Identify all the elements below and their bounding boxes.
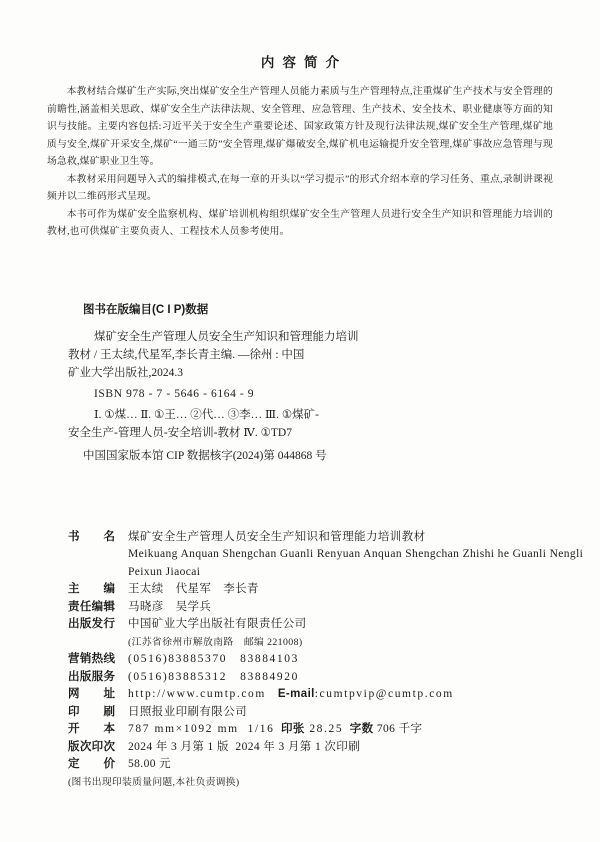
info-row-managing-editors: 责任编辑马晓彦 吴学兵 [68, 599, 560, 617]
info-value: 787 mm×1092 mm 1/16 印张 28.25 字数 706 千字 [128, 721, 560, 739]
quality-note: (图书出现印装质量问题,本社负责调换) [68, 774, 560, 792]
info-value-line: 58.00 元 [128, 756, 560, 774]
cip-description-line: 教材 / 王太续,代星军,李长青主编. —徐州 : 中国 [68, 346, 560, 364]
info-label: 出版发行 [68, 616, 115, 634]
intro-section: 本教材结合煤矿生产实际,突出煤矿安全生产管理人员能力素质与生产管理特点,注重煤矿… [47, 83, 553, 241]
isbn-number: ISBN 978 - 7 - 5646 - 6164 - 9 [94, 385, 560, 403]
info-row-edition: 版次印次2024 年 3 月第 1 版 2024 年 3 月第 1 次印刷 [68, 739, 560, 757]
cip-record-number: 中国国家版本馆 CIP 数据核字(2024)第 044868 号 [83, 447, 560, 465]
intro-paragraph-3: 本书可作为煤矿安全监察机构、煤矿培训机构组织煤矿安全生产管理人员进行安全生产知识… [47, 206, 553, 241]
info-label: 出版服务 [68, 669, 115, 687]
info-value-line: 中国矿业大学出版社有限责任公司 [128, 616, 560, 634]
info-label: 书名 [68, 529, 115, 547]
info-value-line: 王太续 代星军 李长青 [128, 581, 560, 599]
info-value: 中国矿业大学出版社有限责任公司(江苏省徐州市解放南路 邮编 221008) [128, 616, 560, 651]
info-label: 网址 [68, 686, 115, 704]
info-value-line: http://www.cumtp.com E-mail:cumtpvip@cum… [128, 686, 560, 704]
info-row-printer: 印刷日照报业印刷有限公司 [68, 704, 560, 722]
info-label: 主编 [68, 581, 115, 599]
info-row-publisher: 出版发行中国矿业大学出版社有限责任公司(江苏省徐州市解放南路 邮编 221008… [68, 616, 560, 651]
cip-classification-line: 安全生产-管理人员-安全培训-教材 Ⅳ. ①TD7 [68, 424, 560, 442]
info-value-line: 787 mm×1092 mm 1/16 印张 28.25 字数 706 千字 [128, 721, 560, 739]
info-row-format: 开本787 mm×1092 mm 1/16 印张 28.25 字数 706 千字 [68, 721, 560, 739]
info-value-line: (江苏省徐州市解放南路 邮编 221008) [128, 634, 560, 652]
cip-description-line: 矿业大学出版社,2024.3 [68, 364, 560, 382]
cip-section: 图书在版编目(C I P)数据 煤矿安全生产管理人员安全生产知识和管理能力培训 … [68, 302, 560, 465]
info-value: (0516)83885370 83884103 [128, 651, 560, 669]
info-value-line: 马晓彦 吴学兵 [128, 599, 560, 617]
info-row-book-title: 书名煤矿安全生产管理人员安全生产知识和管理能力培训教材Meikuang Anqu… [68, 529, 560, 582]
info-label: 营销热线 [68, 651, 115, 669]
info-label: 责任编辑 [68, 599, 115, 617]
info-value-line: Meikuang Anquan Shengchan Guanli Renyuan… [128, 546, 560, 564]
info-value-line: 煤矿安全生产管理人员安全生产知识和管理能力培训教材 [128, 529, 560, 547]
info-label: 版次印次 [68, 739, 115, 757]
cip-description-line: 煤矿安全生产管理人员安全生产知识和管理能力培训 [68, 328, 560, 346]
info-value: 煤矿安全生产管理人员安全生产知识和管理能力培训教材Meikuang Anquan… [128, 529, 560, 582]
info-value-line: (0516)83885312 83884920 [128, 669, 560, 687]
info-value-line: Peixun Jiaocai [128, 564, 560, 582]
info-value-line: (0516)83885370 83884103 [128, 651, 560, 669]
cip-heading: 图书在版编目(C I P)数据 [83, 302, 560, 318]
info-rows: 书名煤矿安全生产管理人员安全生产知识和管理能力培训教材Meikuang Anqu… [68, 529, 560, 774]
cip-description: 煤矿安全生产管理人员安全生产知识和管理能力培训 教材 / 王太续,代星军,李长青… [68, 328, 560, 382]
info-row-marketing-hotline: 营销热线(0516)83885370 83884103 [68, 651, 560, 669]
info-label: 开本 [68, 721, 115, 739]
info-value: (0516)83885312 83884920 [128, 669, 560, 687]
copyright-page: 内容简介 本教材结合煤矿生产实际,突出煤矿安全生产管理人员能力素质与生产管理特点… [0, 0, 600, 842]
info-value: 58.00 元 [128, 756, 560, 774]
page-title: 内容简介 [0, 55, 600, 70]
info-row-publishing-service: 出版服务(0516)83885312 83884920 [68, 669, 560, 687]
info-row-chief-editors: 主编王太续 代星军 李长青 [68, 581, 560, 599]
info-label: 印刷 [68, 704, 115, 722]
intro-paragraph-1: 本教材结合煤矿生产实际,突出煤矿安全生产管理人员能力素质与生产管理特点,注重煤矿… [47, 83, 553, 171]
info-value-line: 2024 年 3 月第 1 版 2024 年 3 月第 1 次印刷 [128, 739, 560, 757]
info-value: 2024 年 3 月第 1 版 2024 年 3 月第 1 次印刷 [128, 739, 560, 757]
colophon-section: 书名煤矿安全生产管理人员安全生产知识和管理能力培训教材Meikuang Anqu… [68, 529, 560, 792]
info-value: 王太续 代星军 李长青 [128, 581, 560, 599]
info-row-website: 网址http://www.cumtp.com E-mail:cumtpvip@c… [68, 686, 560, 704]
info-value: 马晓彦 吴学兵 [128, 599, 560, 617]
info-value-line: 日照报业印刷有限公司 [128, 704, 560, 722]
cip-classification: Ⅰ. ①煤… Ⅱ. ①王… ②代… ③李… Ⅲ. ①煤矿- 安全生产-管理人员-… [68, 406, 560, 442]
info-value: http://www.cumtp.com E-mail:cumtpvip@cum… [128, 686, 560, 704]
cip-classification-line: Ⅰ. ①煤… Ⅱ. ①王… ②代… ③李… Ⅲ. ①煤矿- [68, 406, 560, 424]
info-value: 日照报业印刷有限公司 [128, 704, 560, 722]
info-row-price: 定价58.00 元 [68, 756, 560, 774]
intro-paragraph-2: 本教材采用问题导入式的编排模式,在每一章的开头以“学习提示”的形式介绍本章的学习… [47, 171, 553, 206]
info-label: 定价 [68, 756, 115, 774]
